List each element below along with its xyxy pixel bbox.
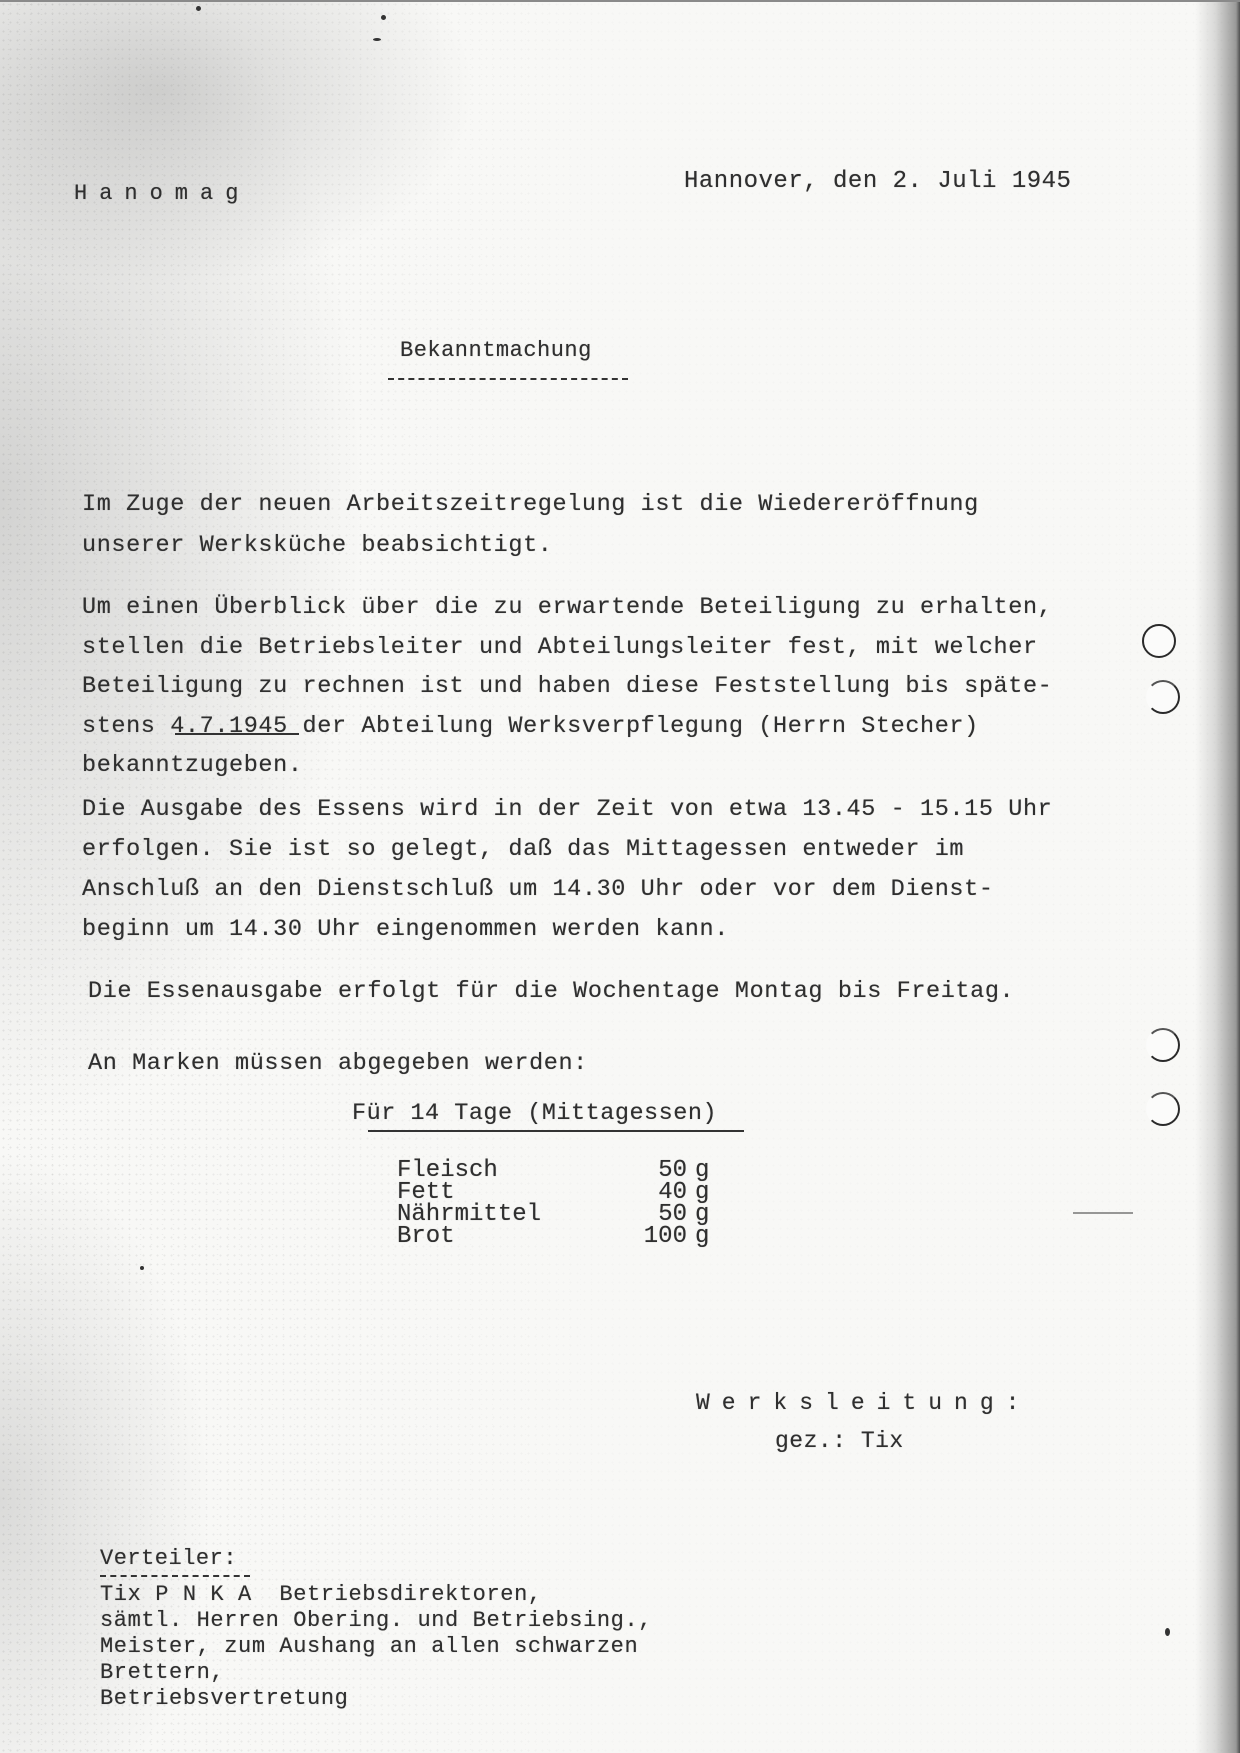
ration-amount: 100 (617, 1226, 695, 1248)
paragraph-line: Anschluß an den Dienstschluß um 14.30 Uh… (82, 870, 1052, 910)
paragraph-line: beginn um 14.30 Uhr eingenommen werden k… (82, 910, 1052, 950)
ration-row: Brot 100 g (397, 1226, 715, 1248)
ration-heading-underline (368, 1130, 744, 1132)
distribution-heading: Verteiler: (100, 1548, 237, 1570)
scan-speck (1073, 1212, 1133, 1214)
distribution-line: Tix P N K A Betriebsdirektoren, (100, 1582, 652, 1608)
paragraph-line: Im Zuge der neuen Arbeitszeitregelung is… (82, 484, 979, 525)
distribution-list: Tix P N K A Betriebsdirektoren, sämtl. H… (100, 1582, 652, 1712)
scan-speck (1165, 1628, 1170, 1636)
distribution-line: Betriebsvertretung (100, 1686, 652, 1712)
ration-table: Fleisch 50 g Fett 40 g Nährmittel 50 g B… (397, 1160, 715, 1248)
paragraph-line: Die Ausgabe des Essens wird in der Zeit … (82, 790, 1052, 830)
paragraph-line: stellen die Betriebsleiter und Abteilung… (82, 628, 1052, 668)
paragraph-line: Die Essenausgabe erfolgt für die Wochent… (88, 972, 1014, 1012)
punch-hole (1146, 1092, 1180, 1126)
ration-item: Brot (397, 1226, 617, 1248)
paragraph-line: bekanntzugeben. (82, 746, 1052, 786)
ration-unit: g (695, 1226, 715, 1248)
punch-hole (1142, 624, 1176, 658)
distribution-heading-underline (100, 1575, 250, 1577)
document-title: Bekanntmachung (400, 340, 592, 362)
punch-hole (1146, 680, 1180, 714)
scan-speck (140, 1266, 144, 1270)
distribution-line: Brettern, (100, 1660, 652, 1686)
paragraph-serving-times: Die Ausgabe des Essens wird in der Zeit … (82, 790, 1052, 950)
signature-signed: gez.: Tix (775, 1430, 904, 1453)
paragraph-line: An Marken müssen abgegeben werden: (88, 1044, 588, 1084)
ration-heading: Für 14 Tage (Mittagessen) (352, 1102, 717, 1126)
deadline-underline (175, 733, 299, 735)
paragraph-ration-stamps: An Marken müssen abgegeben werden: (88, 1044, 588, 1084)
distribution-line: Meister, zum Aushang an allen schwarzen (100, 1634, 652, 1660)
paragraph-line: unserer Werksküche beabsichtigt. (82, 525, 979, 566)
scan-speck (381, 15, 386, 20)
title-underline (388, 378, 628, 380)
paragraph-line: erfolgen. Sie ist so gelegt, daß das Mit… (82, 830, 1052, 870)
paragraph-participation: Um einen Überblick über die zu erwartend… (82, 588, 1052, 786)
scan-speck (196, 6, 201, 11)
distribution-line: sämtl. Herren Obering. und Betriebsing., (100, 1608, 652, 1634)
sender-name: Hanomag (74, 183, 250, 205)
place-and-date: Hannover, den 2. Juli 1945 (684, 170, 1071, 194)
paragraph-line: stens 4.7.1945 der Abteilung Werksverpfl… (82, 707, 1052, 747)
paragraph-line: Um einen Überblick über die zu erwartend… (82, 588, 1052, 628)
page-top-edge (0, 0, 1240, 2)
signature-department: Werksleitung: (696, 1392, 1031, 1415)
paragraph-line: Beteiligung zu rechnen ist und haben die… (82, 667, 1052, 707)
scan-speck (373, 38, 381, 41)
paragraph-intro: Im Zuge der neuen Arbeitszeitregelung is… (82, 484, 979, 566)
paragraph-weekdays: Die Essenausgabe erfolgt für die Wochent… (88, 972, 1014, 1012)
punch-hole (1146, 1028, 1180, 1062)
